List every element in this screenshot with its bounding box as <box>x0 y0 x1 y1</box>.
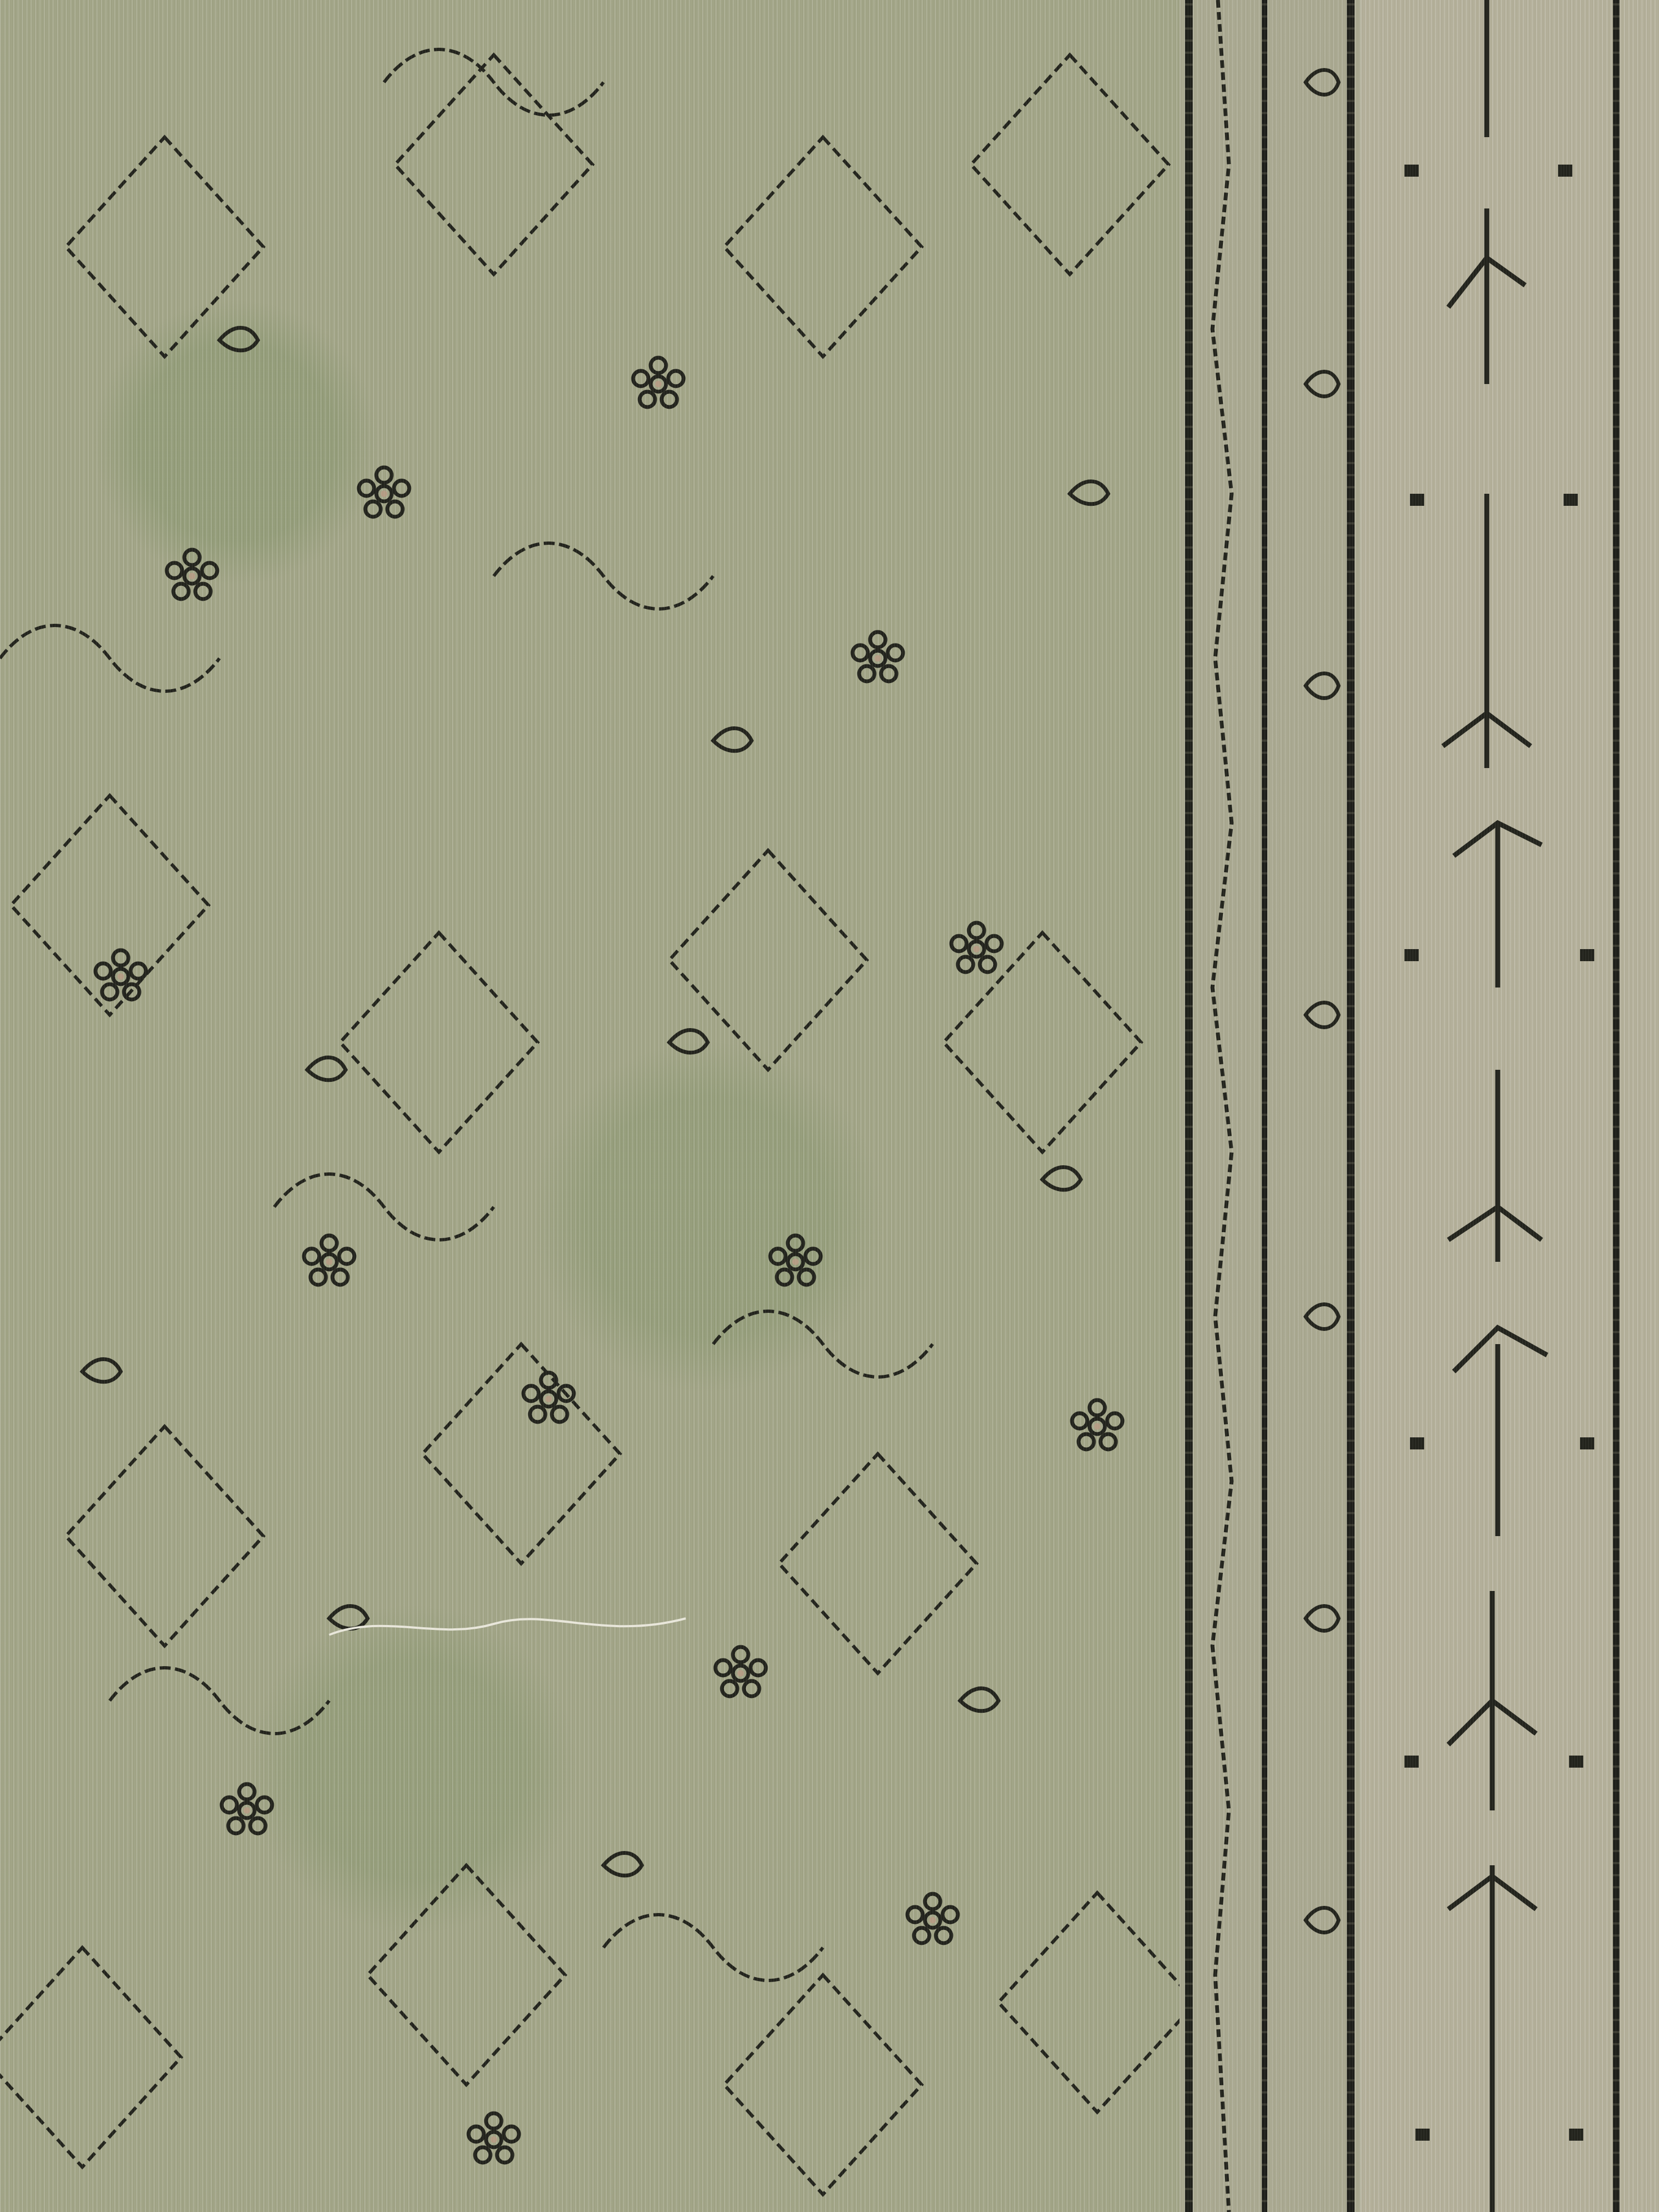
flower-motifs <box>95 358 1122 2163</box>
floral-field-pattern <box>0 0 1180 2212</box>
lozenge-row-bottom <box>0 1865 1180 2194</box>
loose-white-thread <box>329 1618 686 1635</box>
inner-border-pattern <box>1180 0 1361 2212</box>
rug-photo <box>0 0 1659 2212</box>
vine-motifs <box>0 49 933 1980</box>
leaf-motifs <box>82 328 1108 1876</box>
outer-border-pattern <box>1361 0 1659 2212</box>
lozenge-row-mid <box>11 795 1141 1152</box>
lozenge-row-low <box>66 1344 977 1673</box>
lozenge-row-top <box>66 55 1169 357</box>
